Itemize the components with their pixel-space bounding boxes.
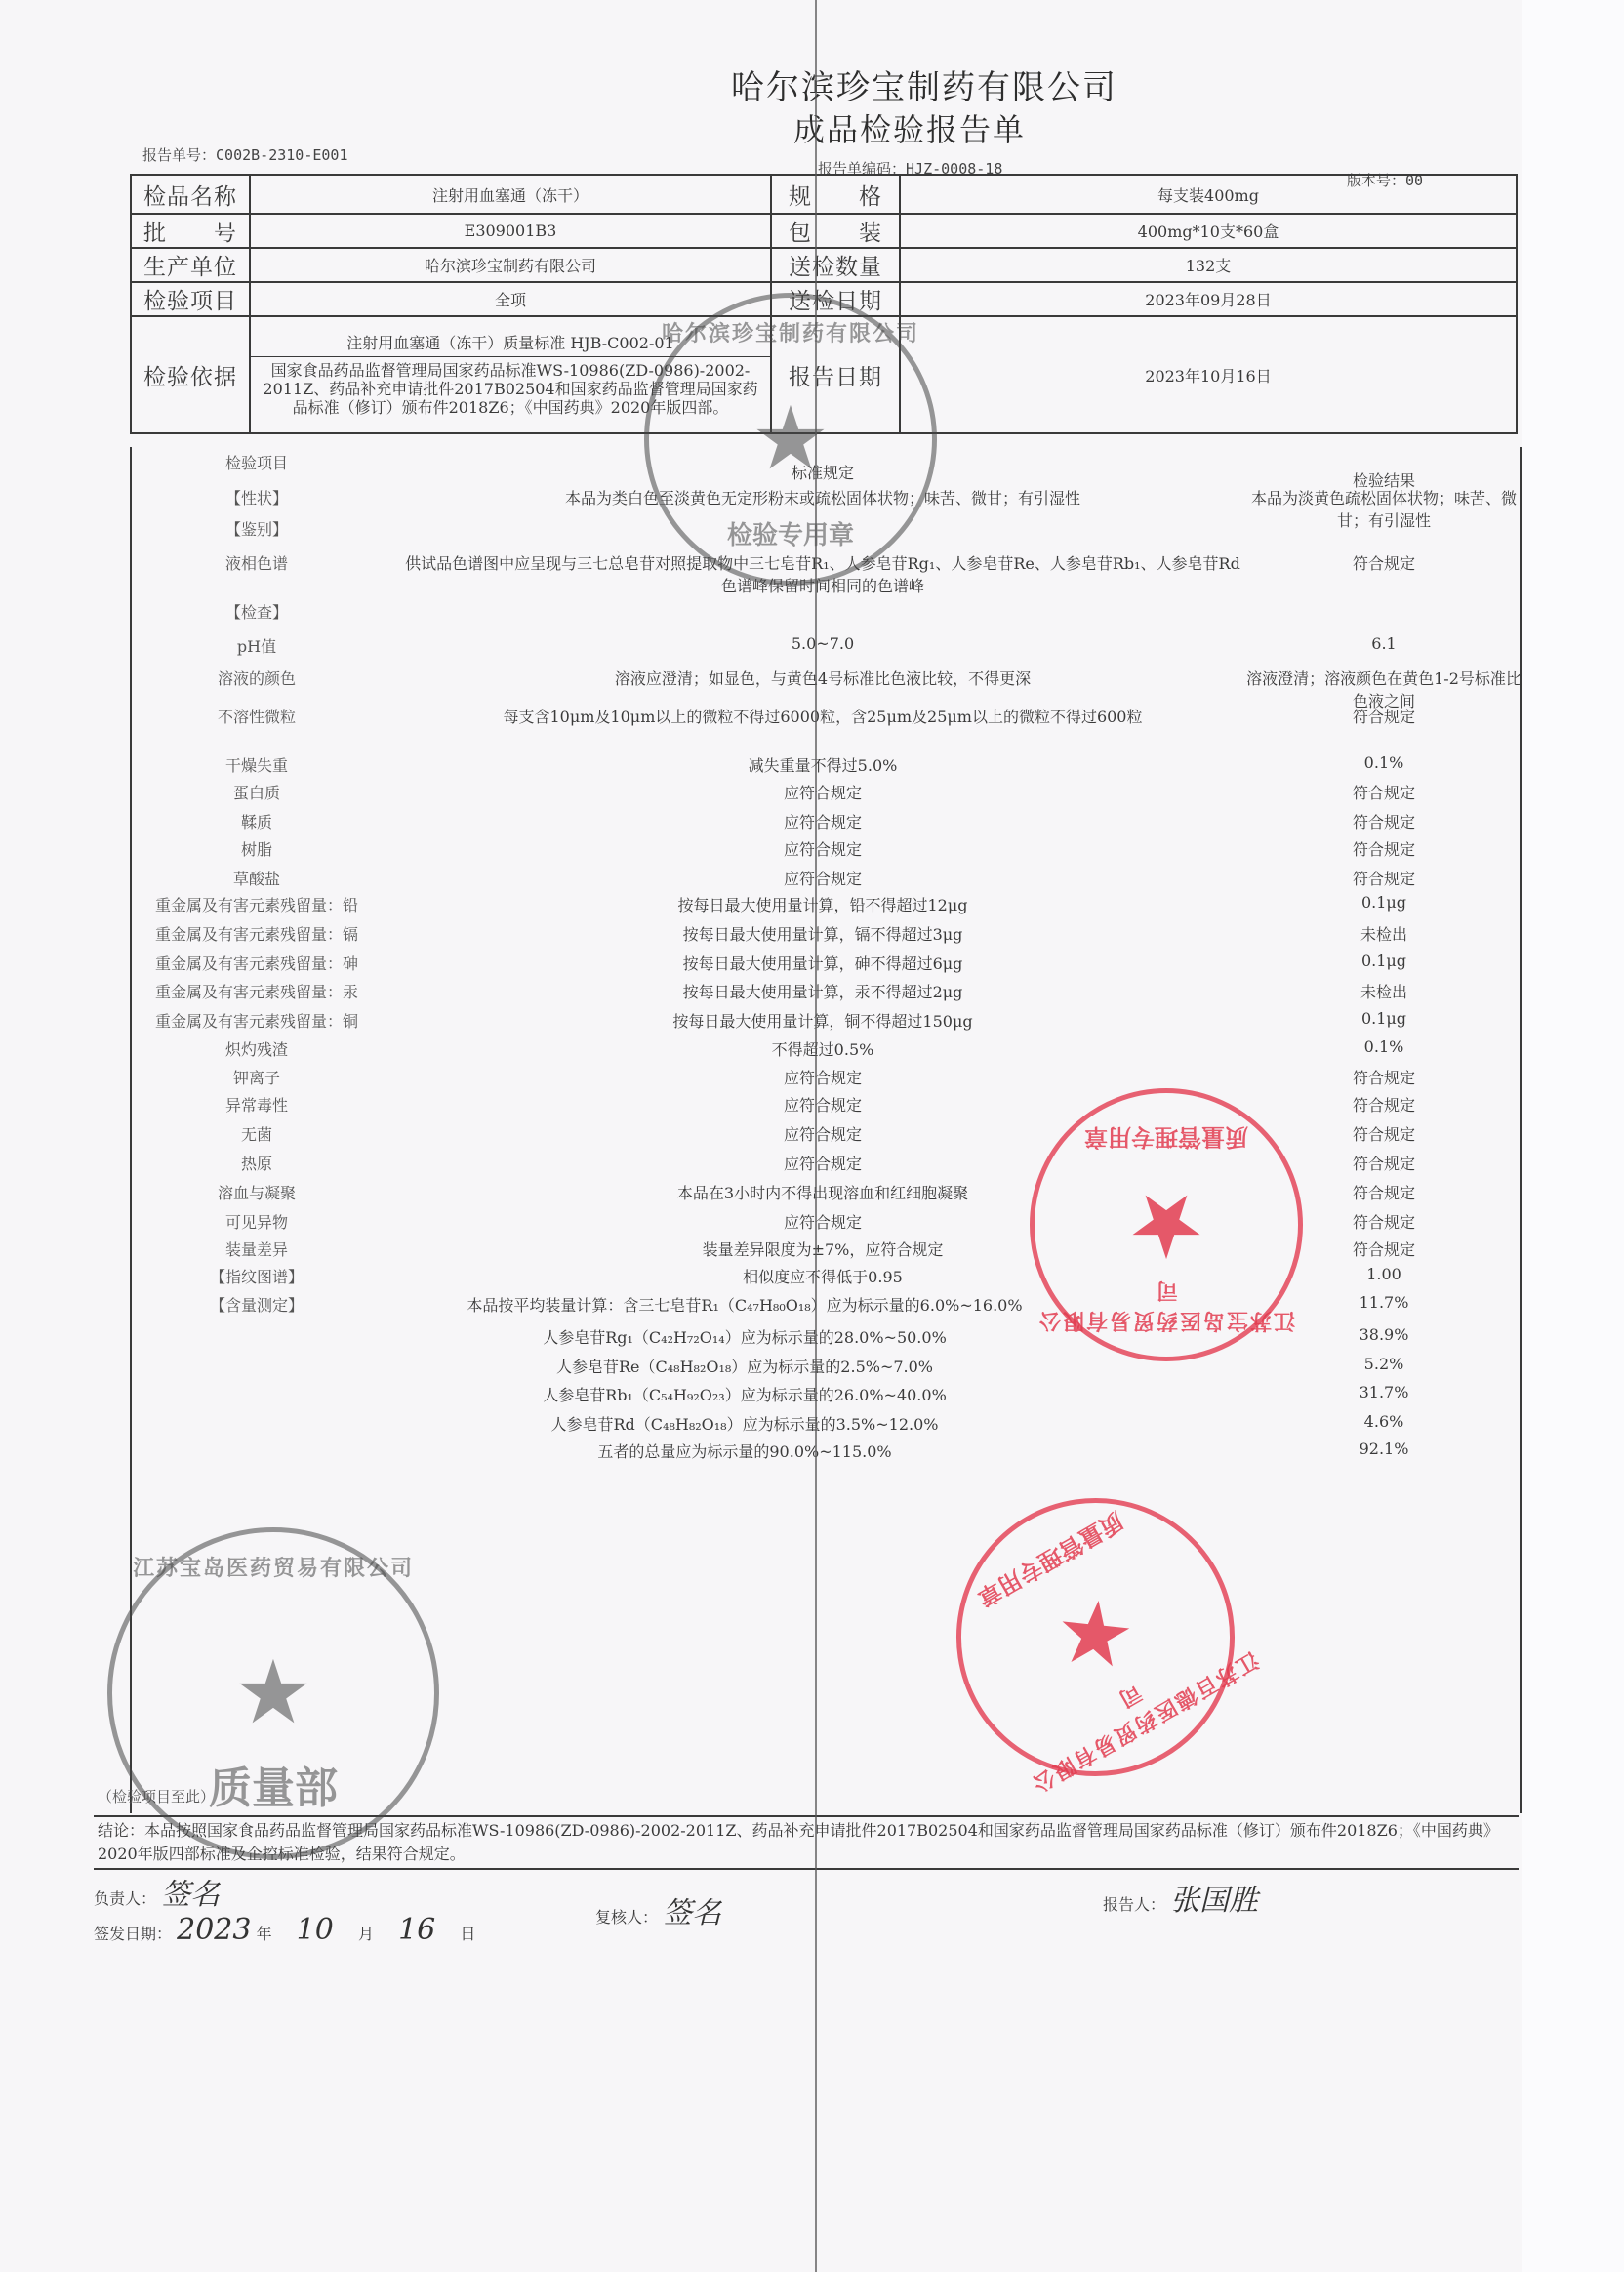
spec-label: 规 格: [771, 175, 900, 214]
company-title: 哈尔滨珍宝制药有限公司: [0, 61, 1624, 108]
row-item: 【含量测定】: [130, 1293, 384, 1316]
stamp-sub: 质量管理专用章: [1035, 1122, 1298, 1156]
issue-year: 2023: [177, 1913, 251, 1947]
row-item: 炽灼残渣: [130, 1037, 384, 1060]
stamp-sub: 质量部: [112, 1753, 434, 1815]
row-item: 溶液的颜色: [130, 667, 384, 689]
company-seal-stamp: 哈尔滨珍宝制药有限公司 ★ 检验专用章: [644, 293, 937, 586]
page-margin: [1522, 0, 1624, 2272]
row-item: 蛋白质: [130, 781, 384, 803]
row-item: 可见异物: [130, 1210, 384, 1233]
row-result: 0.1%: [1242, 753, 1525, 772]
report-number-label: 报告单号：: [142, 146, 216, 164]
quantity: 132支: [900, 248, 1517, 282]
row-result: 符合规定: [1242, 837, 1525, 860]
row-standard: 按每日最大使用量计算，铜不得超过150μg: [403, 1009, 1242, 1032]
row-item: 【鉴别】: [130, 517, 384, 540]
submit-date: 2023年09月28日: [900, 282, 1517, 316]
row-result: 0.1%: [1242, 1037, 1525, 1056]
row-item: 不溶性微粒: [130, 705, 384, 727]
star-icon: ★: [751, 395, 831, 483]
basis-label: 检验依据: [131, 316, 250, 433]
test-items-label: 检验项目: [131, 282, 250, 316]
row-standard: 减失重量不得过5.0%: [403, 753, 1242, 776]
row-standard: 应符合规定: [403, 781, 1242, 803]
row-item: 【指纹图谱】: [130, 1265, 384, 1287]
row-result: 0.1μg: [1242, 893, 1525, 912]
row-result: 0.1μg: [1242, 952, 1525, 970]
row-standard: 按每日最大使用量计算，汞不得超过2μg: [403, 980, 1242, 1002]
year-unit: 年: [257, 1925, 272, 1943]
row-item: 重金属及有害元素残留量：铜: [130, 1009, 384, 1032]
issue-month: 10: [297, 1913, 334, 1947]
row-standard: 应符合规定: [403, 837, 1242, 860]
row-item: 【检查】: [130, 600, 384, 623]
row-result: 4.6%: [1242, 1412, 1525, 1431]
row-standard: 应符合规定: [403, 1066, 1242, 1088]
row-result: 符合规定: [1242, 810, 1525, 832]
row-item: 重金属及有害元素残留量：铅: [130, 893, 384, 915]
scan-fold-line: [815, 0, 817, 2272]
row-result: 0.1μg: [1242, 1009, 1525, 1028]
row-standard: 人参皂苷Rg₁（C₄₂H₇₂O₁₄）应为标示量的28.0%~50.0%: [374, 1325, 1116, 1348]
star-icon: ★: [234, 1649, 313, 1737]
report-date: 2023年10月16日: [900, 316, 1517, 433]
row-result: 31.7%: [1242, 1383, 1525, 1401]
issue-day: 16: [398, 1913, 435, 1947]
row-item: 鞣质: [130, 810, 384, 832]
package-label: 包 装: [771, 214, 900, 248]
stamp-text: 哈尔滨珍宝制药有限公司: [649, 317, 932, 347]
reporter: 报告人： 张国胜: [1103, 1876, 1258, 1919]
row-item: 液相色谱: [130, 551, 384, 574]
row-item: 溶血与凝聚: [130, 1181, 384, 1203]
row-standard: 人参皂苷Rb₁（C₅₄H₉₂O₂₃）应为标示量的26.0%~40.0%: [374, 1383, 1116, 1405]
row-standard: 应符合规定: [403, 810, 1242, 832]
reviewer: 复核人： 签名: [595, 1888, 721, 1931]
reporter-signature: 张国胜: [1170, 1884, 1258, 1918]
manufacturer: 哈尔滨珍宝制药有限公司: [250, 248, 771, 282]
row-item: 装量差异: [130, 1237, 384, 1260]
row-standard: 每支含10μm及10μm以上的微粒不得过6000粒，含25μm及25μm以上的微…: [403, 705, 1242, 727]
responsible-label: 负责人：: [94, 1889, 156, 1908]
responsible-signature: 签名: [161, 1878, 220, 1912]
row-item: 重金属及有害元素残留量：汞: [130, 980, 384, 1002]
row-standard: 应符合规定: [403, 867, 1242, 889]
row-result: 6.1: [1242, 634, 1525, 653]
stamp-sub: 检验专用章: [649, 515, 932, 551]
issue-date-label: 签发日期：: [94, 1925, 172, 1943]
row-result: 符合规定: [1242, 1093, 1525, 1116]
row-item: 【性状】: [130, 486, 384, 508]
row-result: 符合规定: [1242, 705, 1525, 727]
row-standard: 本品按平均装量计算：含三七皂苷R₁（C₄₇H₈₀O₁₈）应为标示量的6.0%~1…: [374, 1293, 1116, 1316]
row-standard: 人参皂苷Rd（C₄₈H₈₂O₁₈）应为标示量的3.5%~12.0%: [374, 1412, 1116, 1435]
row-standard: 按每日最大使用量计算，镉不得超过3μg: [403, 922, 1242, 945]
reporter-label: 报告人：: [1103, 1895, 1165, 1914]
row-item: 无菌: [130, 1122, 384, 1145]
batch-label: 批 号: [131, 214, 250, 248]
test-items: 全项: [250, 282, 771, 316]
row-item: 草酸盐: [130, 867, 384, 889]
quality-dept-stamp: 江苏宝岛医药贸易有限公司 ★ 质量部: [107, 1527, 439, 1859]
row-item: 热原: [130, 1152, 384, 1174]
row-result: 符合规定: [1242, 867, 1525, 889]
row-item: 重金属及有害元素残留量：砷: [130, 952, 384, 974]
row-result: 未检出: [1242, 980, 1525, 1002]
col-item-header: 检验项目: [130, 451, 384, 473]
issue-date: 签发日期： 2023 年 10 月 16 日: [94, 1913, 475, 1947]
row-result: 符合规定: [1242, 1066, 1525, 1088]
row-standard: 5.0~7.0: [403, 634, 1242, 653]
row-item: 干燥失重: [130, 753, 384, 776]
row-standard: 溶液应澄清；如显色，与黄色4号标准比色液比较，不得更深: [403, 667, 1242, 689]
row-result: 符合规定: [1242, 781, 1525, 803]
row-item: 钾离子: [130, 1066, 384, 1088]
product-name: 注射用血塞通（冻干）: [250, 175, 771, 214]
row-result: 92.1%: [1242, 1440, 1525, 1458]
product-name-label: 检品名称: [131, 175, 250, 214]
row-standard: 五者的总量应为标示量的90.0%~115.0%: [374, 1440, 1116, 1462]
row-item: 异常毒性: [130, 1093, 384, 1116]
month-unit: 月: [358, 1925, 374, 1943]
stamp-text: 江苏宝岛医药贸易有限公司: [112, 1552, 434, 1582]
row-result: 未检出: [1242, 922, 1525, 945]
row-standard: 按每日最大使用量计算，砷不得超过6μg: [403, 952, 1242, 974]
day-unit: 日: [460, 1925, 475, 1943]
reviewer-label: 复核人：: [595, 1908, 658, 1927]
row-standard: 按每日最大使用量计算，铅不得超过12μg: [403, 893, 1242, 915]
star-icon: ★: [1127, 1181, 1206, 1269]
row-result: 符合规定: [1242, 551, 1525, 574]
row-standard: 不得超过0.5%: [403, 1037, 1242, 1060]
manufacturer-label: 生产单位: [131, 248, 250, 282]
row-result: 本品为淡黄色疏松固体状物；味苦、微甘；有引湿性: [1242, 486, 1525, 531]
row-result: 5.2%: [1242, 1355, 1525, 1373]
package: 400mg*10支*60盒: [900, 214, 1517, 248]
row-item: 树脂: [130, 837, 384, 860]
spec: 每支装400mg: [900, 175, 1517, 214]
stamp-text: 江苏宝岛医药贸易有限公司: [1035, 1277, 1298, 1337]
row-item: 重金属及有害元素残留量：镉: [130, 922, 384, 945]
reviewer-signature: 签名: [663, 1896, 721, 1930]
report-number: 报告单号：C002B-2310-E001: [142, 144, 347, 165]
batch: E309001B3: [250, 214, 771, 248]
row-standard: 人参皂苷Re（C₄₈H₈₂O₁₈）应为标示量的2.5%~7.0%: [374, 1355, 1116, 1377]
quantity-label: 送检数量: [771, 248, 900, 282]
red-quality-stamp: 江苏宝岛医药贸易有限公司 ★ 质量管理专用章: [1030, 1088, 1303, 1361]
row-item: pH值: [130, 634, 384, 657]
report-number-value: C002B-2310-E001: [216, 146, 347, 164]
responsible: 负责人： 签名: [94, 1870, 220, 1913]
